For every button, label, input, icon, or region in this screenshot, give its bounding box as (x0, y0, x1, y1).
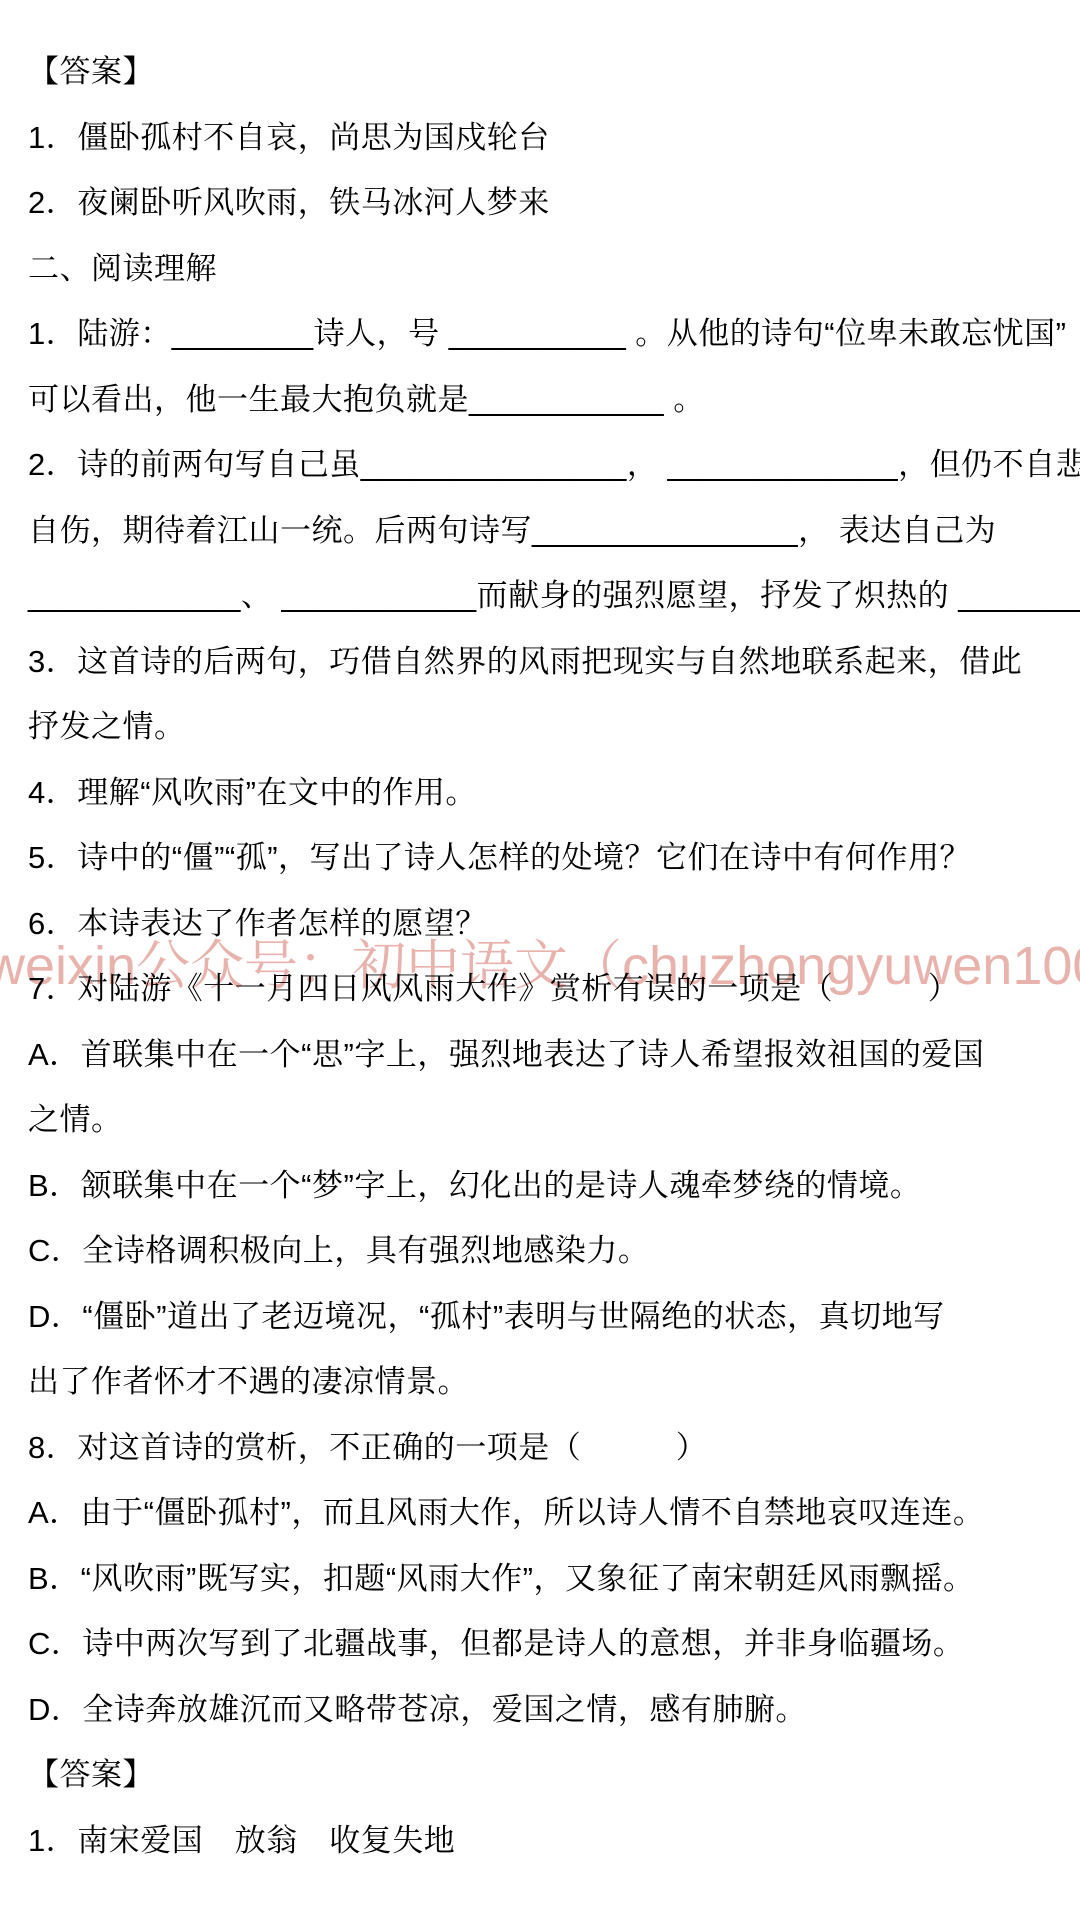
document-line: ____________、 ___________而献身的强烈愿望，抒发了炽热的… (28, 563, 1054, 629)
document-line: 之情。 (28, 1087, 1054, 1153)
document-line: A．首联集中在一个“思”字上，强烈地表达了诗人希望报效祖国的爱国 (28, 1022, 1054, 1088)
document-line: 5．诗中的“僵”“孤”，写出了诗人怎样的处境？它们在诗中有何作用？ (28, 825, 1054, 891)
document-line: 自伤，期待着江山一统。后两句诗写_______________， 表达自己为 (28, 498, 1054, 564)
document-line: 【答案】 (28, 1742, 1054, 1808)
document-line: B．“风吹雨”既写实，扣题“风雨大作”，又象征了南宋朝廷风雨飘摇。 (28, 1546, 1054, 1612)
document-line: D．“僵卧”道出了老迈境况，“孤村”表明与世隔绝的状态，真切地写 (28, 1284, 1054, 1350)
document-line: 2．夜阑卧听风吹雨，铁马冰河人梦来 (28, 170, 1054, 236)
worksheet-text: 【答案】1．僵卧孤村不自哀，尚思为国戍轮台2．夜阑卧听风吹雨，铁马冰河人梦来二、… (28, 39, 1054, 1873)
document-line: C．全诗格调积极向上，具有强烈地感染力。 (28, 1218, 1054, 1284)
document-line: 2．诗的前两句写自己虽_______________， ____________… (28, 432, 1054, 498)
document-line: C．诗中两次写到了北疆战事，但都是诗人的意想，并非身临疆场。 (28, 1611, 1054, 1677)
document-line: 二、阅读理解 (28, 236, 1054, 302)
document-line: 7．对陆游《十一月四日风风雨大作》赏析有误的一项是（ ） (28, 956, 1054, 1022)
document-line: 1．僵卧孤村不自哀，尚思为国戍轮台 (28, 105, 1054, 171)
document-line: 8．对这首诗的赏析，不正确的一项是（ ） (28, 1415, 1054, 1481)
document-line: B．颔联集中在一个“梦”字上，幻化出的是诗人魂牵梦绕的情境。 (28, 1153, 1054, 1219)
document-line: A．由于“僵卧孤村”，而且风雨大作，所以诗人情不自禁地哀叹连连。 (28, 1480, 1054, 1546)
document-line: 抒发之情。 (28, 694, 1054, 760)
document-line: 6．本诗表达了作者怎样的愿望？ (28, 891, 1054, 957)
worksheet-page: weixin公众号：初中语文（chuzhongyuwen100 【答案】1．僵卧… (0, 0, 1080, 1929)
document-line: 1．南宋爱国 放翁 收复失地 (28, 1808, 1054, 1874)
document-line: 3．这首诗的后两句，巧借自然界的风雨把现实与自然地联系起来，借此 (28, 629, 1054, 695)
document-line: 【答案】 (28, 39, 1054, 105)
document-line: 4．理解“风吹雨”在文中的作用。 (28, 760, 1054, 826)
document-line: 出了作者怀才不遇的凄凉情景。 (28, 1349, 1054, 1415)
document-line: 1．陆游：________诗人，号 __________ 。从他的诗句“位卑未敢… (28, 301, 1054, 367)
document-line: 可以看出，他一生最大抱负就是___________ 。 (28, 367, 1054, 433)
document-line: D．全诗奔放雄沉而又略带苍凉，爱国之情，感有肺腑。 (28, 1677, 1054, 1743)
